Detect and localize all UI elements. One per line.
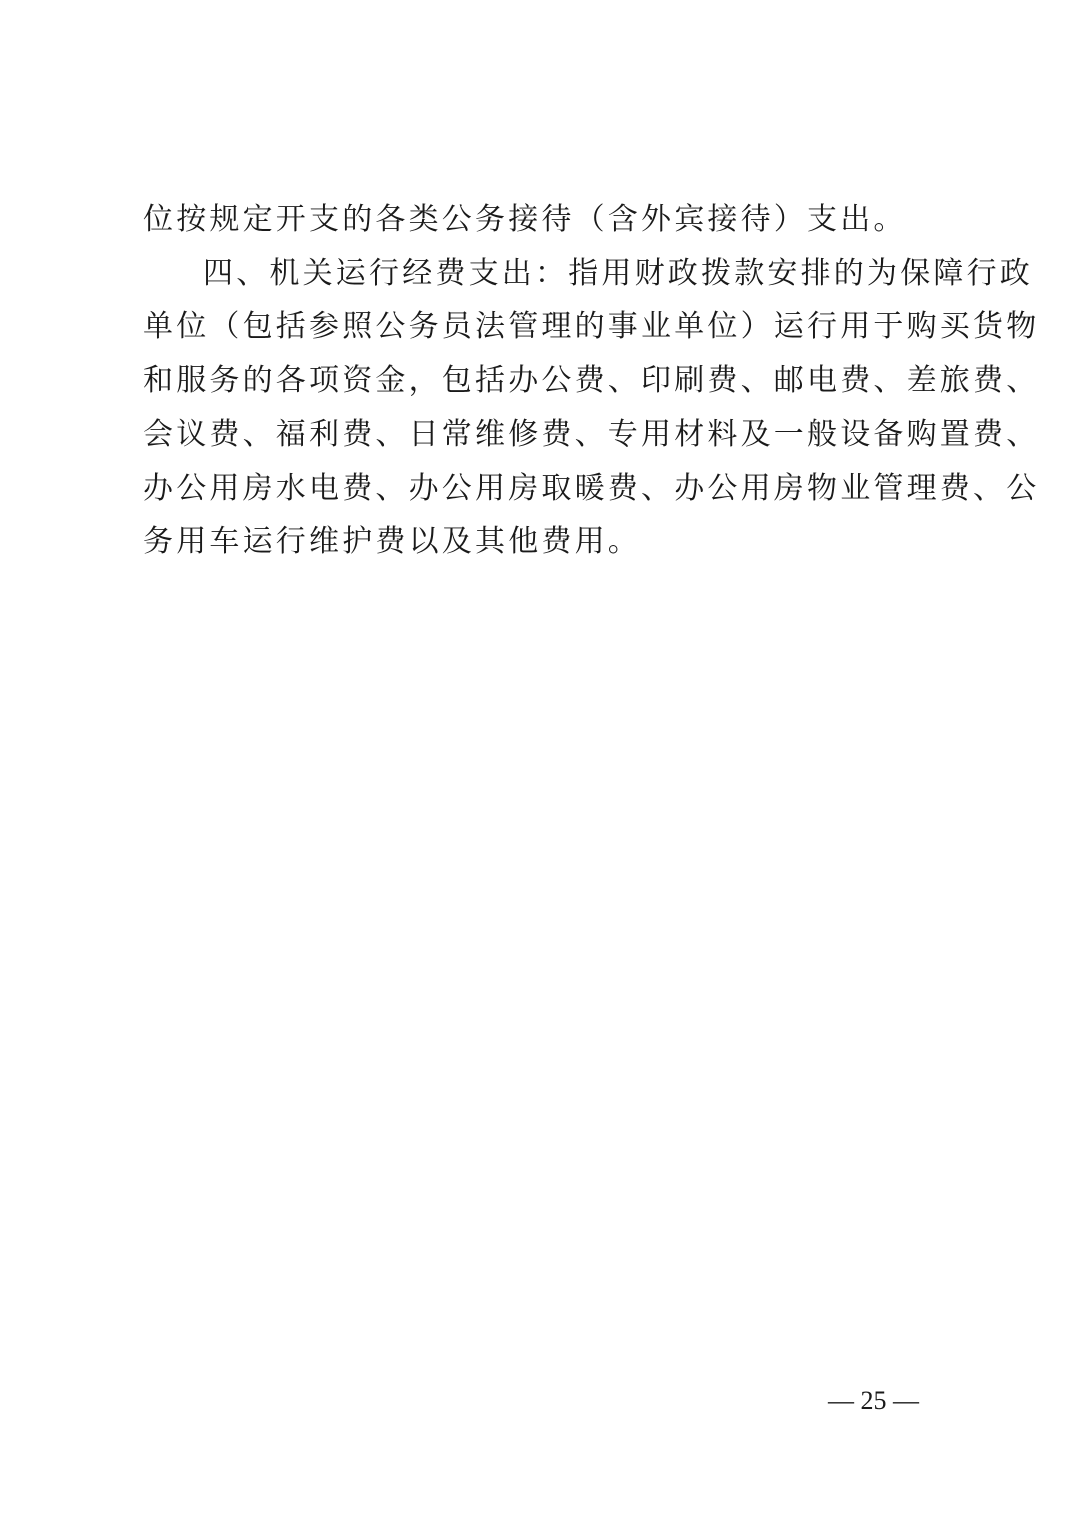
text-line-4: 和服务的各项资金，包括办公费、印刷费、邮电费、差旅费、 [143, 363, 943, 399]
text-line-1: 位按规定开支的各类公务接待（含外宾接待）支出。 [143, 202, 943, 238]
document-page: 位按规定开支的各类公务接待（含外宾接待）支出。 四、机关运行经费支出：指用财政拨… [0, 0, 1074, 1520]
page-number: — 25 — [828, 1386, 919, 1416]
text-line-6: 办公用房水电费、办公用房取暖费、办公用房物业管理费、公 [143, 471, 943, 507]
text-line-7: 务用车运行维护费以及其他费用。 [143, 524, 943, 560]
text-line-5: 会议费、福利费、日常维修费、专用材料及一般设备购置费、 [143, 417, 943, 453]
text-line-2-paragraph-start: 四、机关运行经费支出：指用财政拨款安排的为保障行政 [203, 256, 1003, 292]
text-line-3: 单位（包括参照公务员法管理的事业单位）运行用于购买货物 [143, 309, 943, 345]
